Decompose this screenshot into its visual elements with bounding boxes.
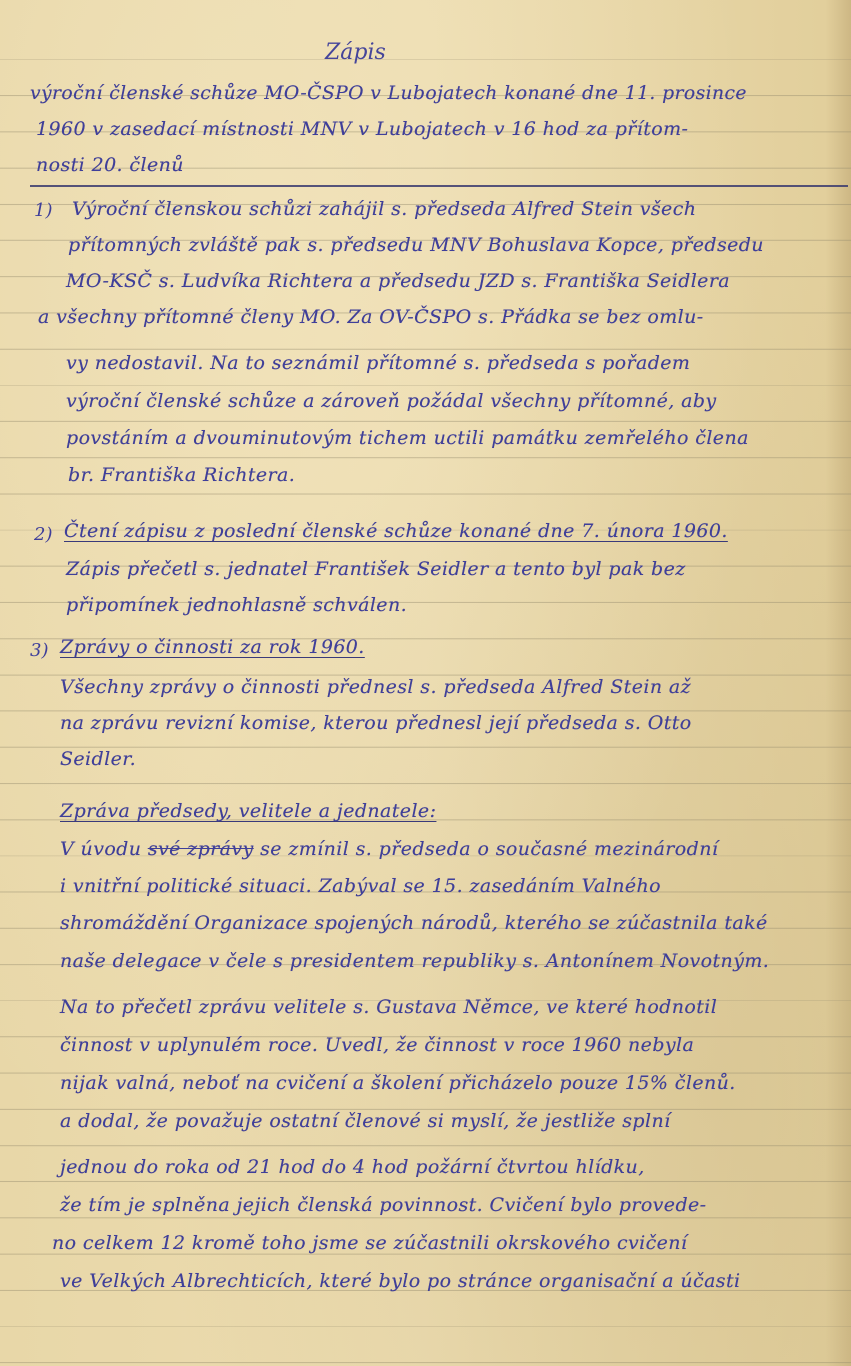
section-number: 3) <box>30 640 48 661</box>
section-2-line: Zápis přečetl s. jednatel František Seid… <box>66 558 686 580</box>
section-3-line: na zprávu revizní komise, kterou přednes… <box>60 712 692 734</box>
subsection-heading: Zpráva předsedy, velitele a jednatele: <box>60 800 436 822</box>
section-1-line: br. Františka Richtera. <box>68 464 295 486</box>
section-3-heading: Zprávy o činnosti za rok 1960. <box>60 636 365 658</box>
header-line: nosti 20. členů <box>36 154 184 176</box>
header-line: 1960 v zasedací místnosti MNV v Lubojate… <box>36 118 688 140</box>
section-1-line: výroční členské schůze a zároveň požádal… <box>66 390 717 412</box>
document-page: Zápis výroční členské schůze MO-ČSPO v L… <box>0 0 851 1366</box>
section-3-line: Seidler. <box>60 748 136 770</box>
section-1-line: přítomných zvláště pak s. předsedu MNV B… <box>68 234 764 256</box>
subsection-line: ve Velkých Albrechticích, které bylo po … <box>60 1270 740 1292</box>
struck-text: své zprávy <box>148 838 254 860</box>
section-1-line: povstáním a dvouminutovým tichem uctili … <box>66 427 749 449</box>
subsection-line: i vnitřní politické situaci. Zabýval se … <box>60 875 661 897</box>
subsection-line: V úvodu své zprávy se zmínil s. předseda… <box>60 838 718 860</box>
subsection-line: nijak valná, neboť na cvičení a školení … <box>60 1072 736 1094</box>
section-2-line: připomínek jednohlasně schválen. <box>66 594 407 616</box>
subsection-line: činnost v uplynulém roce. Uvedl, že činn… <box>60 1034 694 1056</box>
subsection-line: jednou do roka od 21 hod do 4 hod požárn… <box>60 1156 645 1178</box>
subsection-line: a dodal, že považuje ostatní členové si … <box>60 1110 671 1132</box>
section-number: 2) <box>34 524 52 545</box>
subsection-line: Na to přečetl zprávu velitele s. Gustava… <box>60 996 717 1018</box>
document-title: Zápis <box>325 40 386 65</box>
section-1-line: Výroční členskou schůzi zahájil s. předs… <box>72 198 696 220</box>
section-3-line: Všechny zprávy o činnosti přednesl s. př… <box>60 676 691 698</box>
header-divider <box>30 185 848 187</box>
section-number: 1) <box>34 200 52 221</box>
section-1-line: MO-KSČ s. Ludvíka Richtera a předsedu JZ… <box>66 270 730 292</box>
subsection-line: no celkem 12 kromě toho jsme se zúčastni… <box>52 1232 687 1254</box>
subsection-line: shromáždění Organizace spojených národů,… <box>60 912 768 934</box>
section-1-line: a všechny přítomné členy MO. Za OV-ČSPO … <box>38 306 704 328</box>
subsection-line: naše delegace v čele s presidentem repub… <box>60 950 769 972</box>
header-line: výroční členské schůze MO-ČSPO v Lubojat… <box>30 82 840 104</box>
section-1-line: vy nedostavil. Na to seznámil přítomné s… <box>66 352 690 374</box>
section-2-heading: Čtení zápisu z poslední členské schůze k… <box>64 520 728 542</box>
subsection-line: že tím je splněna jejich členská povinno… <box>60 1194 706 1216</box>
